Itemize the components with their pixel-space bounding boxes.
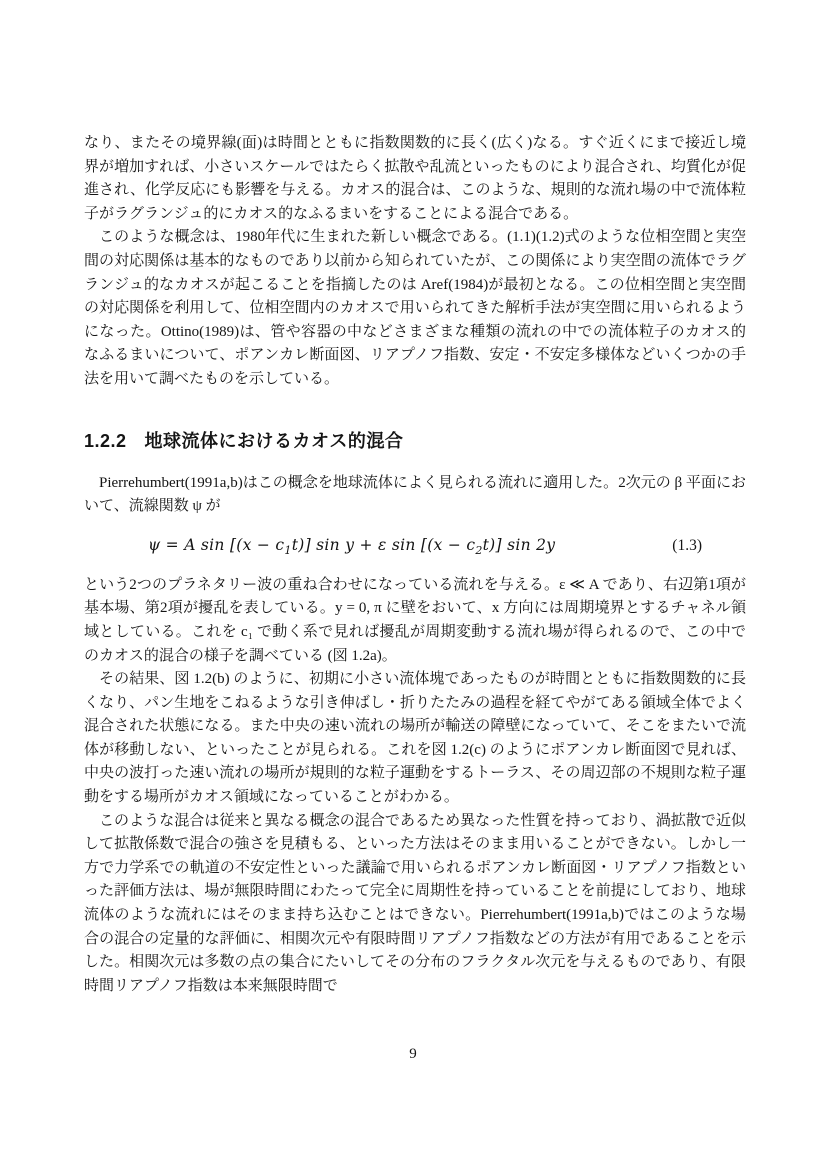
section-heading: 1.2.2地球流体におけるカオス的混合	[84, 428, 746, 454]
paragraph-4: という2つのプラネタリー波の重ね合わせになっている流れを与える。ε ≪ A であ…	[84, 574, 746, 668]
section-number: 1.2.2	[84, 431, 127, 451]
page-number: 9	[409, 1046, 417, 1062]
equation-segment: t)] sin y + ε sin [(x − c	[292, 536, 476, 554]
document-page: なり、またその境界線(面)は時間とともに指数関数的に長く(広く)なる。すぐ近くに…	[0, 0, 826, 1169]
paragraph-5: その結果、図 1.2(b) のように、初期に小さい流体塊であったものが時間ととも…	[84, 668, 746, 810]
paragraph-2: このような概念は、1980年代に生まれた新しい概念である。(1.1)(1.2)式…	[84, 226, 746, 391]
equation-segment: t)] sin 2y	[483, 536, 556, 554]
paragraph-3: Pierrehumbert(1991a,b)はこの概念を地球流体によく見られる流…	[84, 472, 746, 519]
page-body: なり、またその境界線(面)は時間とともに指数関数的に長く(広く)なる。すぐ近くに…	[84, 132, 746, 998]
equation-1-3: ψ = A sin [(x − c1t)] sin y + ε sin [(x …	[84, 533, 746, 558]
paragraph-1: なり、またその境界線(面)は時間とともに指数関数的に長く(広く)なる。すぐ近くに…	[84, 132, 746, 226]
paragraph-6: このような混合は従来と異なる概念の混合であるため異なった性質を持っており、渦拡散…	[84, 810, 746, 999]
section-title: 地球流体におけるカオス的混合	[145, 431, 404, 451]
equation-body: ψ = A sin [(x − c1t)] sin y + ε sin [(x …	[148, 533, 555, 557]
equation-segment: ψ = A sin [(x − c	[148, 536, 284, 554]
equation-subscript: 2	[475, 544, 482, 557]
equation-subscript: 1	[284, 544, 291, 557]
equation-number: (1.3)	[672, 534, 702, 558]
page-footer: 9	[0, 1046, 826, 1063]
